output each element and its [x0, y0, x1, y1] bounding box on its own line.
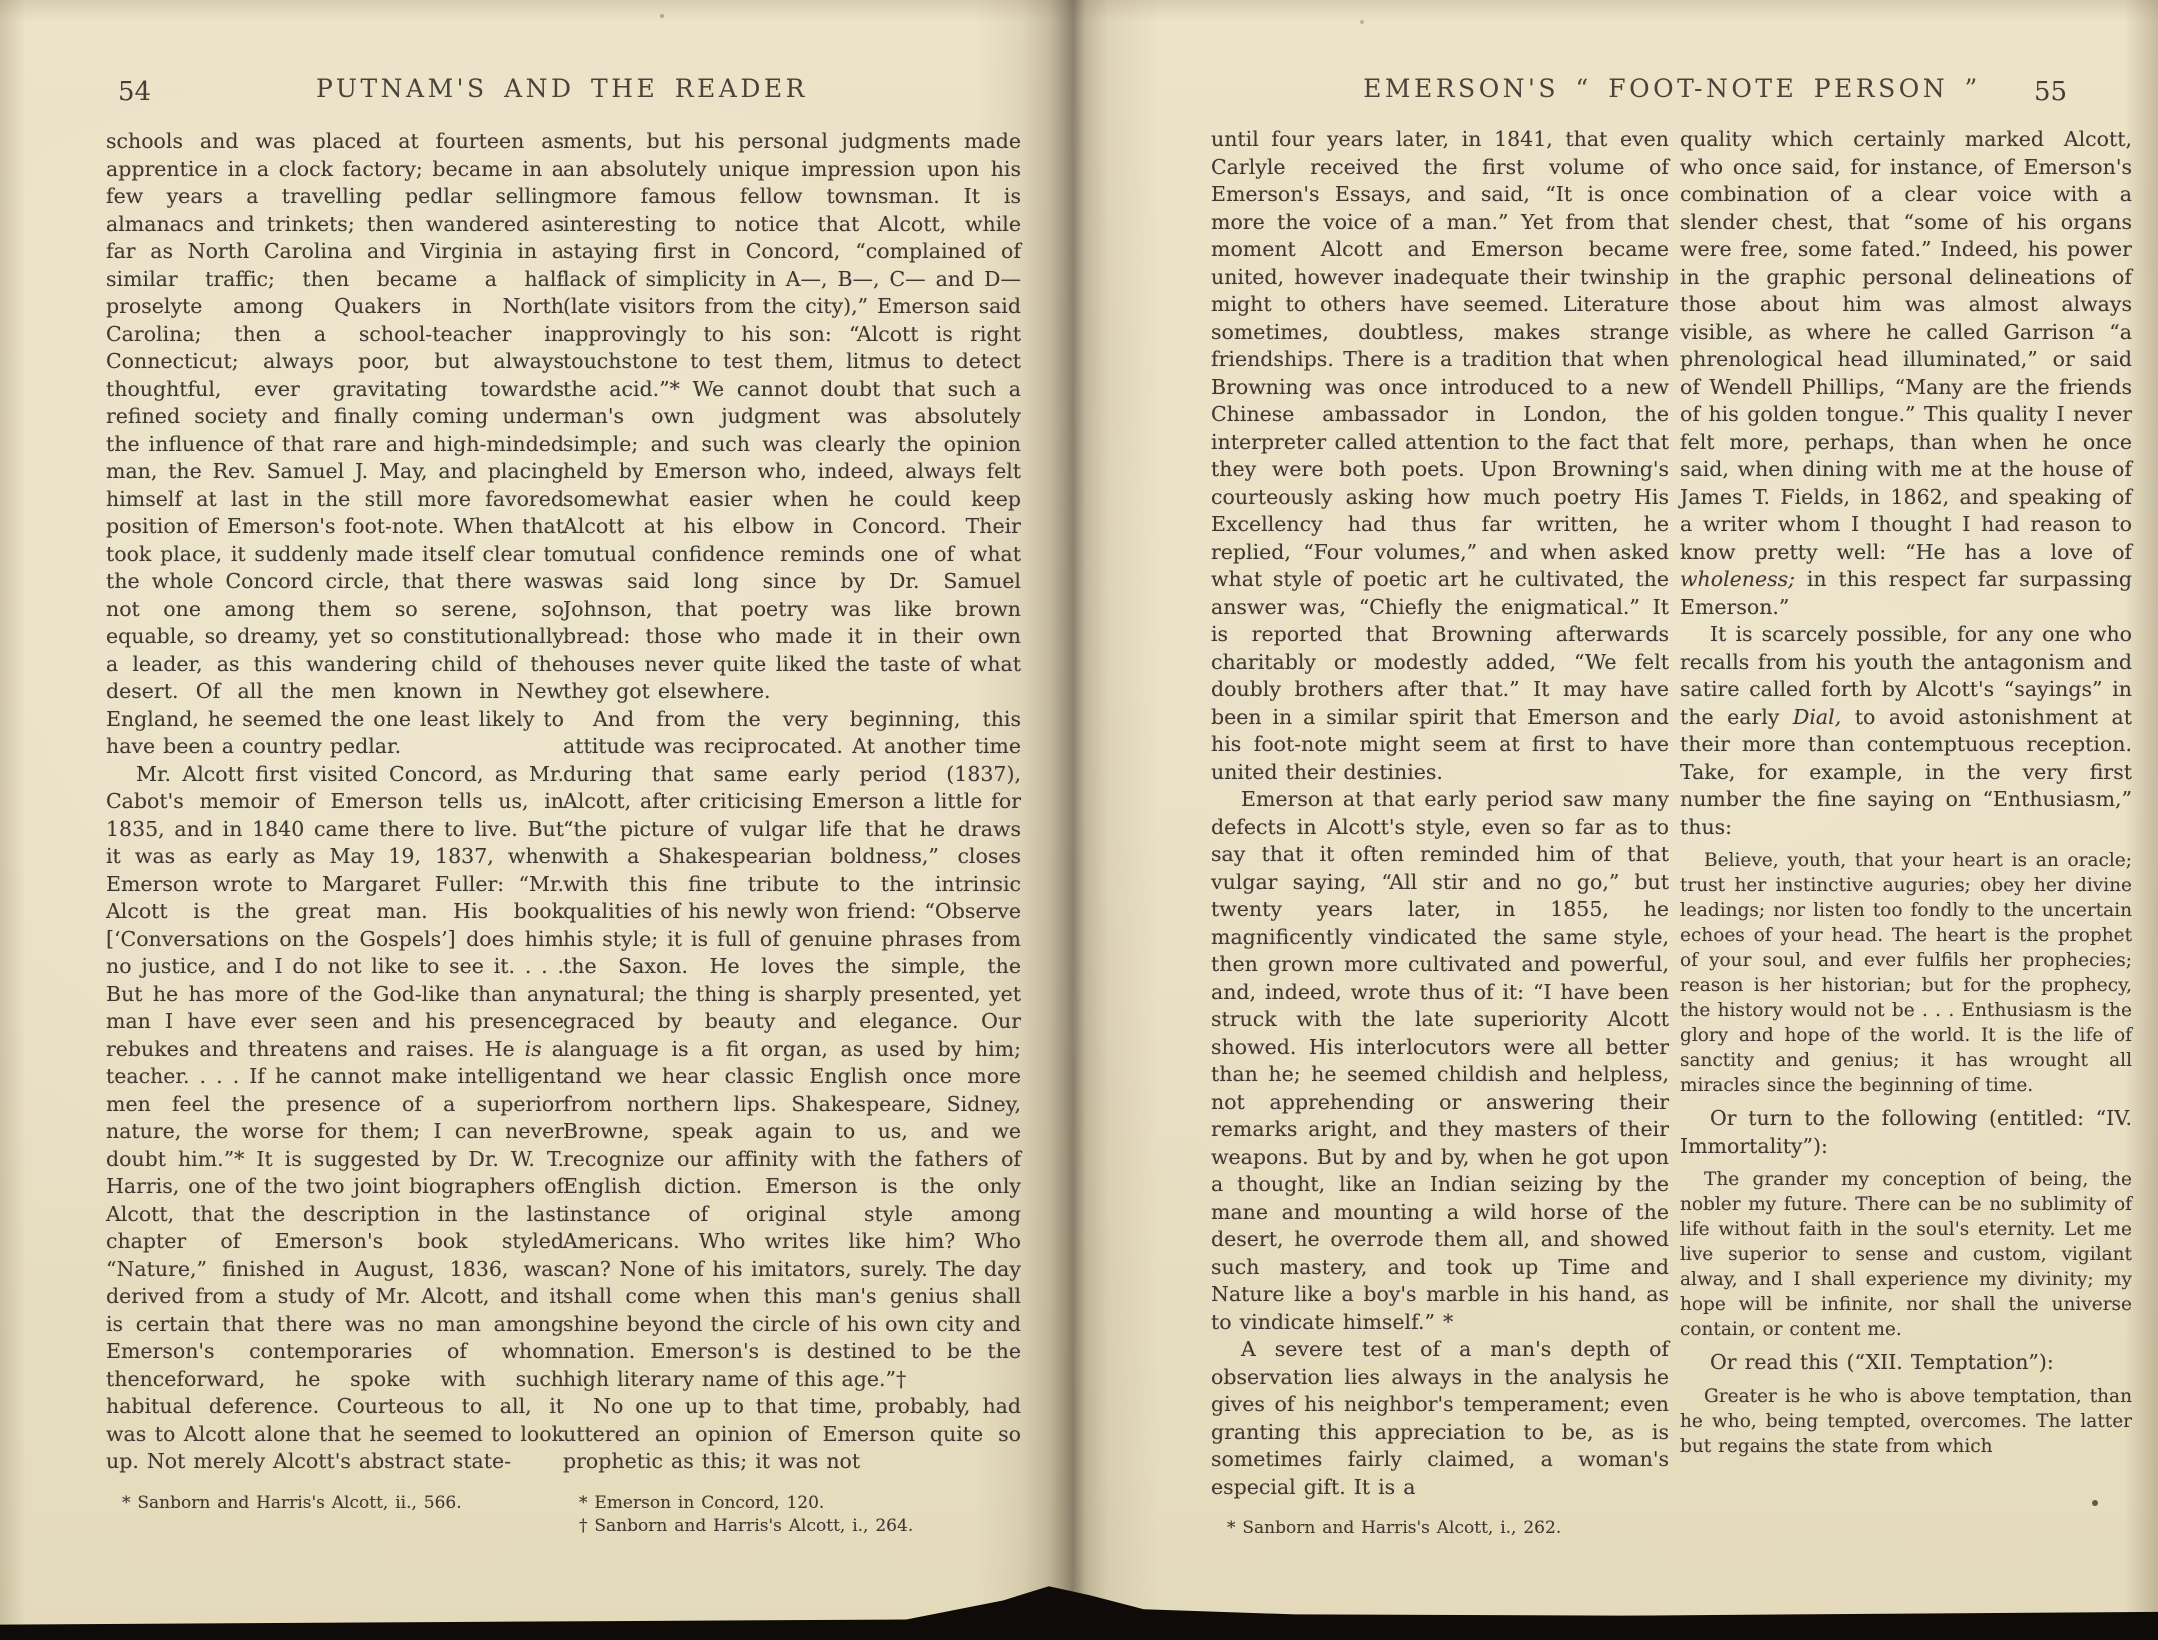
ink-speck: [2092, 1500, 2098, 1506]
right-page-column-2: quality which certainly marked Alcott, w…: [1680, 126, 2132, 1466]
footnote: * Emerson in Concord, 120.: [563, 1492, 1021, 1515]
left-page-column-2: ments, but his personal judgments made a…: [563, 128, 1021, 1538]
footnote: * Sanborn and Harris's Alcott, ii., 566.: [106, 1492, 564, 1515]
block-quote: The grander my conception of being, the …: [1680, 1167, 2132, 1342]
footnote: † Sanborn and Harris's Alcott, i., 264.: [563, 1515, 1021, 1538]
block-quote: Greater is he who is above temptation, t…: [1680, 1384, 2132, 1459]
right-page-column-1: until four years later, in 1841, that ev…: [1211, 126, 1669, 1540]
italic-text-segment: wholeness;: [1680, 567, 1795, 591]
body-paragraph: It is scarcely possible, for any one who…: [1680, 621, 2132, 841]
body-paragraph: schools and was placed at fourteen as ap…: [106, 128, 564, 761]
footnotes-block: * Sanborn and Harris's Alcott, ii., 566.: [106, 1492, 564, 1515]
left-edge-shading: [0, 0, 26, 1632]
text-segment: Mr. Alcott first visited Concord, as Mr.…: [106, 762, 564, 1061]
left-page-column-1: schools and was placed at fourteen as ap…: [106, 128, 564, 1515]
body-paragraph: Mr. Alcott first visited Concord, as Mr.…: [106, 761, 564, 1476]
body-paragraph: quality which certainly marked Alcott, w…: [1680, 126, 2132, 621]
footnotes-block: * Emerson in Concord, 120. † Sanborn and…: [563, 1492, 1021, 1538]
footnote: * Sanborn and Harris's Alcott, i., 262.: [1211, 1517, 1669, 1540]
text-segment: quality which certainly marked Alcott, w…: [1680, 127, 2132, 564]
body-paragraph: until four years later, in 1841, that ev…: [1211, 126, 1669, 786]
italic-text-segment: is: [525, 1037, 542, 1061]
page-number-right: 55: [2034, 77, 2067, 107]
body-paragraph: A severe test of a man's depth of observ…: [1211, 1336, 1669, 1501]
body-paragraph: ments, but his personal judgments made a…: [563, 128, 1021, 706]
body-paragraph: Emerson at that early period saw many de…: [1211, 786, 1669, 1336]
paper-speck: [660, 14, 664, 18]
body-paragraph: And from the very beginning, this attitu…: [563, 706, 1021, 1394]
italic-text-segment: Dial,: [1793, 705, 1841, 729]
footnotes-block: * Sanborn and Harris's Alcott, i., 262.: [1211, 1517, 1669, 1540]
body-paragraph: Or read this (“XII. Temptation”):: [1680, 1349, 2132, 1377]
running-title-left: PUTNAM'S AND THE READER: [106, 74, 1018, 103]
block-quote: Believe, youth, that your heart is an or…: [1680, 848, 2132, 1098]
body-paragraph: No one up to that time, probably, had ut…: [563, 1393, 1021, 1476]
running-title-right: EMERSON'S “ FOOT-NOTE PERSON ”: [1211, 74, 2133, 103]
paper-speck: [1360, 20, 1364, 24]
text-segment: a teacher. . . . If he cannot make intel…: [106, 1037, 564, 1474]
body-paragraph: Or turn to the following (entitled: “IV.…: [1680, 1105, 2132, 1160]
